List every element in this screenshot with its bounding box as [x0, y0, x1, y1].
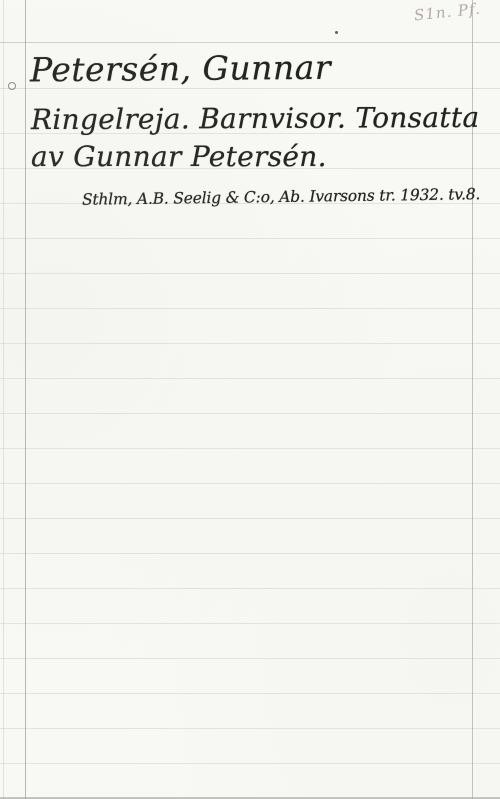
header-rule-line — [0, 42, 500, 43]
left-edge-line — [3, 0, 4, 799]
author-heading: Petersén, Gunnar — [30, 51, 331, 87]
title-line-1: Ringelreja. Barnvisor. Tonsatta — [31, 104, 480, 134]
title-line-2: av Gunnar Petersén. — [31, 143, 327, 171]
left-margin-line — [25, 0, 26, 799]
margin-ring-mark — [8, 82, 16, 90]
catalog-card: S1n. Pf. Petersén, Gunnar Ringelreja. Ba… — [0, 0, 500, 799]
ink-speck — [335, 31, 338, 34]
